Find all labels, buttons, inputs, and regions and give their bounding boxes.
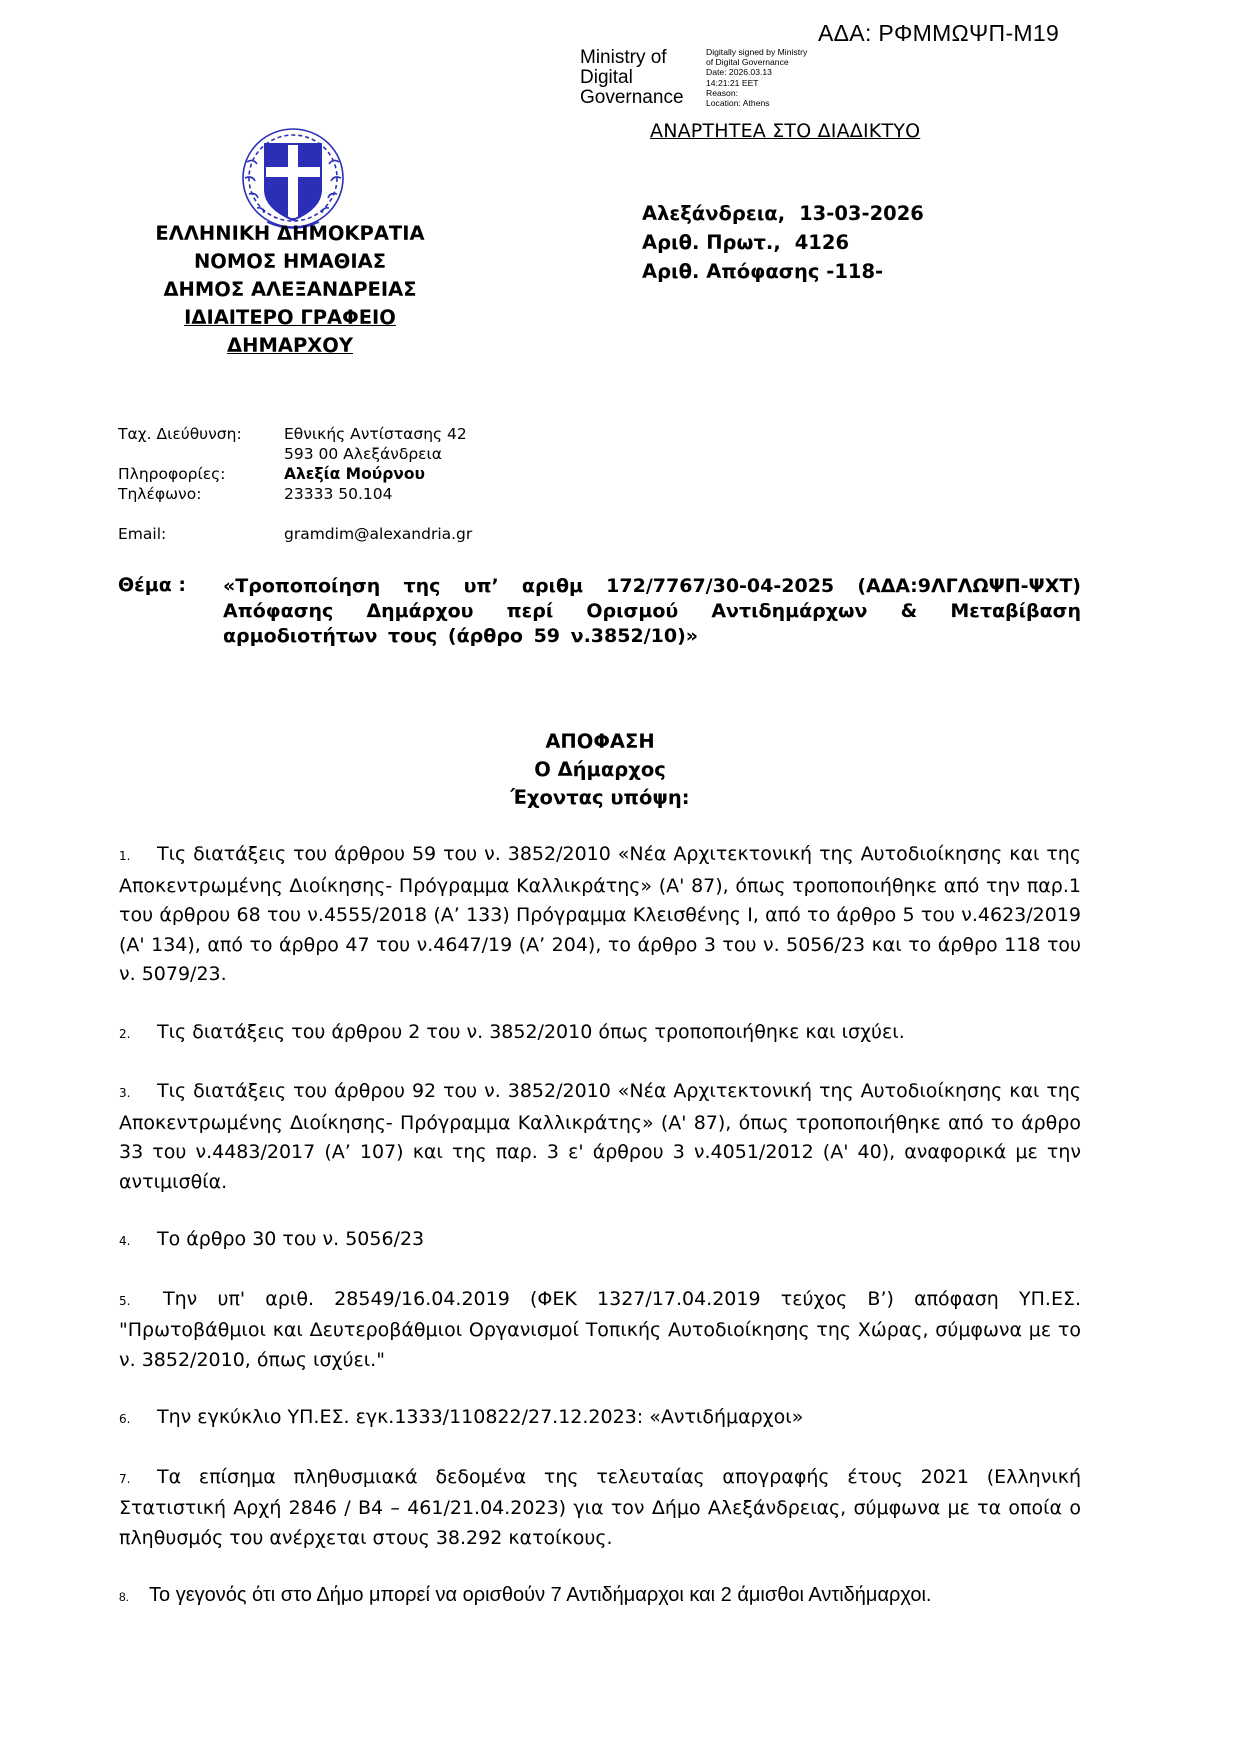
- item-text: Τα επίσημα πληθυσμιακά δεδομένα της τελε…: [119, 1466, 1081, 1549]
- item-text: Τις διατάξεις του άρθρου 59 του ν. 3852/…: [119, 843, 1081, 985]
- item-text: Την υπ' αριθ. 28549/16.04.2019 (ΦΕΚ 1327…: [119, 1288, 1081, 1371]
- phone-value: 23333 50.104: [284, 484, 392, 504]
- ada-code: ΑΔΑ: ΡΦΜΜΩΨΠ-Μ19: [818, 20, 1059, 47]
- consideration-item: 5.Την υπ' αριθ. 28549/16.04.2019 (ΦΕΚ 13…: [119, 1285, 1081, 1376]
- consideration-item: 6.Την εγκύκλιο ΥΠ.ΕΣ. εγκ.1333/110822/27…: [119, 1403, 1081, 1435]
- item-number: 6.: [119, 1405, 157, 1435]
- consideration-item: 4.Το άρθρο 30 του ν. 5056/23: [119, 1225, 1081, 1257]
- item-text: Την εγκύκλιο ΥΠ.ΕΣ. εγκ.1333/110822/27.1…: [157, 1406, 803, 1428]
- signature-detail-line: Digitally signed by Ministry: [706, 47, 807, 57]
- document-meta: Αλεξάνδρεια,13-03-2026 Αριθ. Πρωτ.,4126 …: [642, 199, 924, 286]
- signature-detail-line: of Digital Governance: [706, 57, 807, 67]
- item-number: 1.: [119, 842, 157, 872]
- signature-org-line: Ministry of: [580, 48, 684, 68]
- address-line: Εθνικής Αντίστασης 42: [284, 424, 467, 444]
- subject-label: Θέμα :: [118, 574, 186, 596]
- greek-coat-of-arms-icon: [233, 122, 353, 234]
- signature-org-line: Digital: [580, 68, 684, 88]
- item-text: Τις διατάξεις του άρθρου 92 του ν. 3852/…: [119, 1080, 1081, 1193]
- signature-org-line: Governance: [580, 88, 684, 108]
- item-number: 5.: [119, 1287, 163, 1317]
- authority-line: ΔΗΜΟΣ ΑΛΕΞΑΝΔΡΕΙΑΣ: [120, 276, 460, 304]
- contact-info: Ταχ. Διεύθυνση: Εθνικής Αντίστασης 42 59…: [118, 424, 472, 544]
- decision-number-value: -118-: [826, 260, 883, 283]
- consideration-item: 3.Τις διατάξεις του άρθρου 92 του ν. 385…: [119, 1077, 1081, 1197]
- item-text: Το άρθρο 30 του ν. 5056/23: [157, 1228, 424, 1250]
- item-number: 7.: [119, 1465, 157, 1495]
- consideration-item: 7.Τα επίσημα πληθυσμιακά δεδομένα της τε…: [119, 1463, 1081, 1554]
- info-label: Πληροφορίες:: [118, 464, 284, 484]
- item-number: 4.: [119, 1227, 157, 1257]
- subject-text: «Τροποποίηση της υπ’ αριθμ 172/7767/30-0…: [223, 574, 1081, 649]
- protocol-value: 4126: [795, 231, 849, 254]
- item-number: 2.: [119, 1020, 157, 1050]
- item-text: Το γεγονός ότι στο Δήμο μπορεί να ορισθο…: [149, 1584, 931, 1606]
- signature-organization: Ministry of Digital Governance: [580, 48, 684, 108]
- decision-title: ΑΠΟΦΑΣΗ: [420, 728, 780, 756]
- address-label: Ταχ. Διεύθυνση:: [118, 424, 284, 444]
- consideration-item: 2.Τις διατάξεις του άρθρου 2 του ν. 3852…: [119, 1018, 1081, 1050]
- info-contact-name: Αλεξία Μούρνου: [284, 464, 425, 484]
- authority-office-line: ΔΗΜΑΡΧΟΥ: [120, 332, 460, 360]
- considerations-list: 1.Τις διατάξεις του άρθρου 59 του ν. 385…: [119, 840, 1081, 1641]
- phone-label: Τηλέφωνο:: [118, 484, 284, 504]
- consideration-item: 1.Τις διατάξεις του άρθρου 59 του ν. 385…: [119, 840, 1081, 990]
- document-date: 13-03-2026: [799, 202, 924, 225]
- signature-detail-line: 14:21:21 EET: [706, 78, 807, 88]
- signature-detail-line: Reason:: [706, 88, 807, 98]
- item-text: Τις διατάξεις του άρθρου 2 του ν. 3852/2…: [157, 1021, 905, 1043]
- decision-subtitle: Ο Δήμαρχος: [420, 756, 780, 784]
- signature-detail-line: Date: 2026.03.13: [706, 67, 807, 77]
- authority-line: ΕΛΛΗΝΙΚΗ ΔΗΜΟΚΡΑΤΙΑ: [120, 220, 460, 248]
- protocol-number: Αριθ. Πρωτ.,4126: [642, 228, 924, 257]
- authority-office-line: ΙΔΙΑΙΤΕΡΟ ΓΡΑΦΕΙΟ: [120, 304, 460, 332]
- signature-details: Digitally signed by Ministry of Digital …: [706, 47, 807, 108]
- address-line: 593 00 Αλεξάνδρεια: [284, 444, 442, 464]
- publish-notice: ΑΝΑΡΤΗΤΕΑ ΣΤΟ ΔΙΑΔΙΚΤΥΟ: [650, 120, 920, 142]
- decision-considering: Έχοντας υπόψη:: [420, 784, 780, 812]
- email-label: Email:: [118, 524, 284, 544]
- item-number: 8.: [119, 1583, 149, 1613]
- issuing-authority: ΕΛΛΗΝΙΚΗ ΔΗΜΟΚΡΑΤΙΑ ΝΟΜΟΣ ΗΜΑΘΙΑΣ ΔΗΜΟΣ …: [120, 220, 460, 360]
- item-number: 3.: [119, 1079, 157, 1109]
- signature-detail-line: Location: Athens: [706, 98, 807, 108]
- authority-line: ΝΟΜΟΣ ΗΜΑΘΙΑΣ: [120, 248, 460, 276]
- decision-heading: ΑΠΟΦΑΣΗ Ο Δήμαρχος Έχοντας υπόψη:: [420, 728, 780, 812]
- consideration-item: 8.Το γεγονός ότι στο Δήμο μπορεί να ορισ…: [119, 1581, 1081, 1613]
- place-date: Αλεξάνδρεια,13-03-2026: [642, 199, 924, 228]
- decision-number: Αριθ. Απόφασης -118-: [642, 257, 924, 286]
- email-value[interactable]: gramdim@alexandria.gr: [284, 524, 472, 544]
